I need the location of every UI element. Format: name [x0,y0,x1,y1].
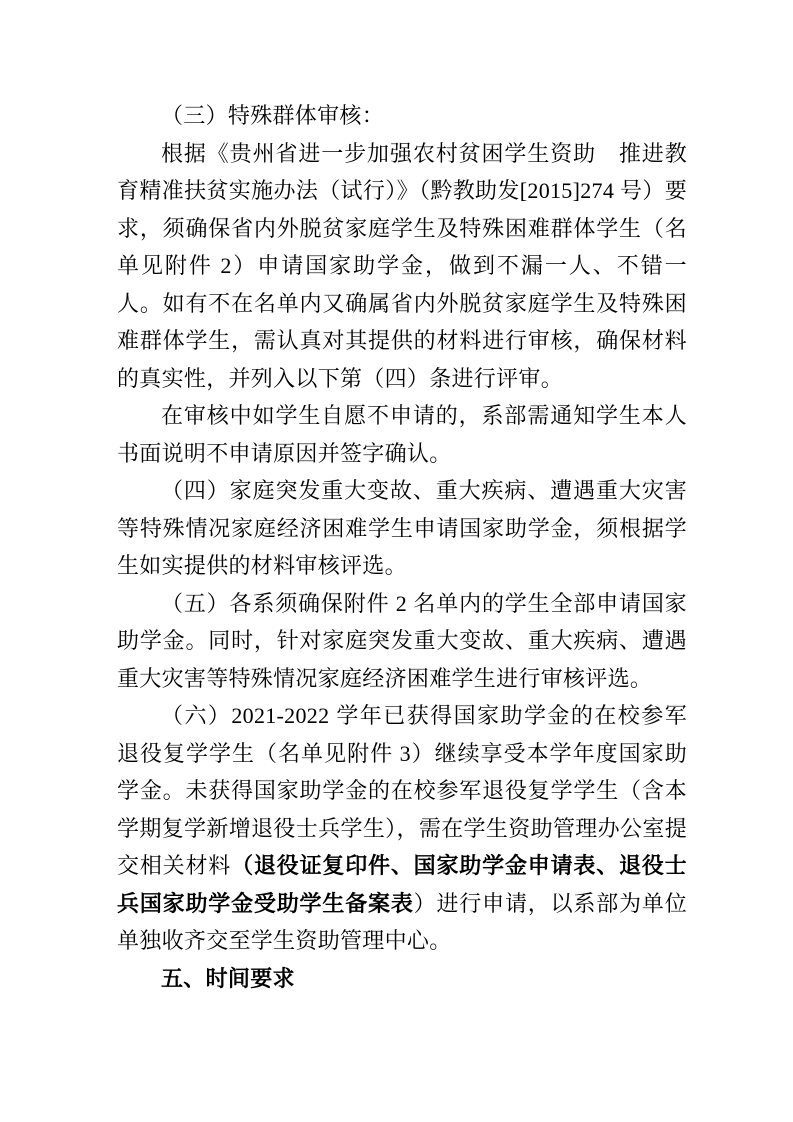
para-voluntary-non-application: 在审核中如学生自愿不申请的，系部需通知学生本人书面说明不申请原因并签字确认。 [117,397,687,472]
subpara-five-full-application: （五）各系须确保附件 2 名单内的学生全部申请国家助学金。同时，针对家庭突发重大… [117,585,687,698]
para-policy-basis: 根据《贵州省进一步加强农村贫困学生资助 推进教育精准扶贫实施办法（试行）》（黔教… [117,135,687,398]
text-segment: 在审核中如学生自愿不申请的，系部需通知学生本人书面说明不申请原因并签字确认。 [117,403,687,466]
subpara-four-emergency-cases: （四）家庭突发重大变故、重大疾病、遭遇重大灾害等特殊情况家庭经济困难学生申请国家… [117,472,687,585]
subheading-special-group-review: （三）特殊群体审核： [117,97,687,135]
text-segment: （三）特殊群体审核： [161,103,384,128]
text-segment: 根据《贵州省进一步加强农村贫困学生资助 推进教育精准扶贫实施办法（试行）》（黔教… [117,141,687,391]
document-page: （三）特殊群体审核：根据《贵州省进一步加强农村贫困学生资助 推进教育精准扶贫实施… [0,0,793,1122]
text-segment: （四）家庭突发重大变故、重大疾病、遭遇重大灾害等特殊情况家庭经济困难学生申请国家… [117,478,687,578]
subpara-six-veteran-students: （六）2021-2022 学年已获得国家助学金的在校参军退役复学学生（名单见附件… [117,697,687,960]
heading-five-time-requirements: 五、时间要求 [117,960,687,998]
document-body: （三）特殊群体审核：根据《贵州省进一步加强农村贫困学生资助 推进教育精准扶贫实施… [117,97,687,997]
text-segment: （六）2021-2022 学年已获得国家助学金的在校参军退役复学学生（名单见附件… [117,703,687,878]
text-segment: （五）各系须确保附件 2 名单内的学生全部申请国家助学金。同时，针对家庭突发重大… [117,591,687,691]
bold-text-segment: 五、时间要求 [161,966,295,991]
